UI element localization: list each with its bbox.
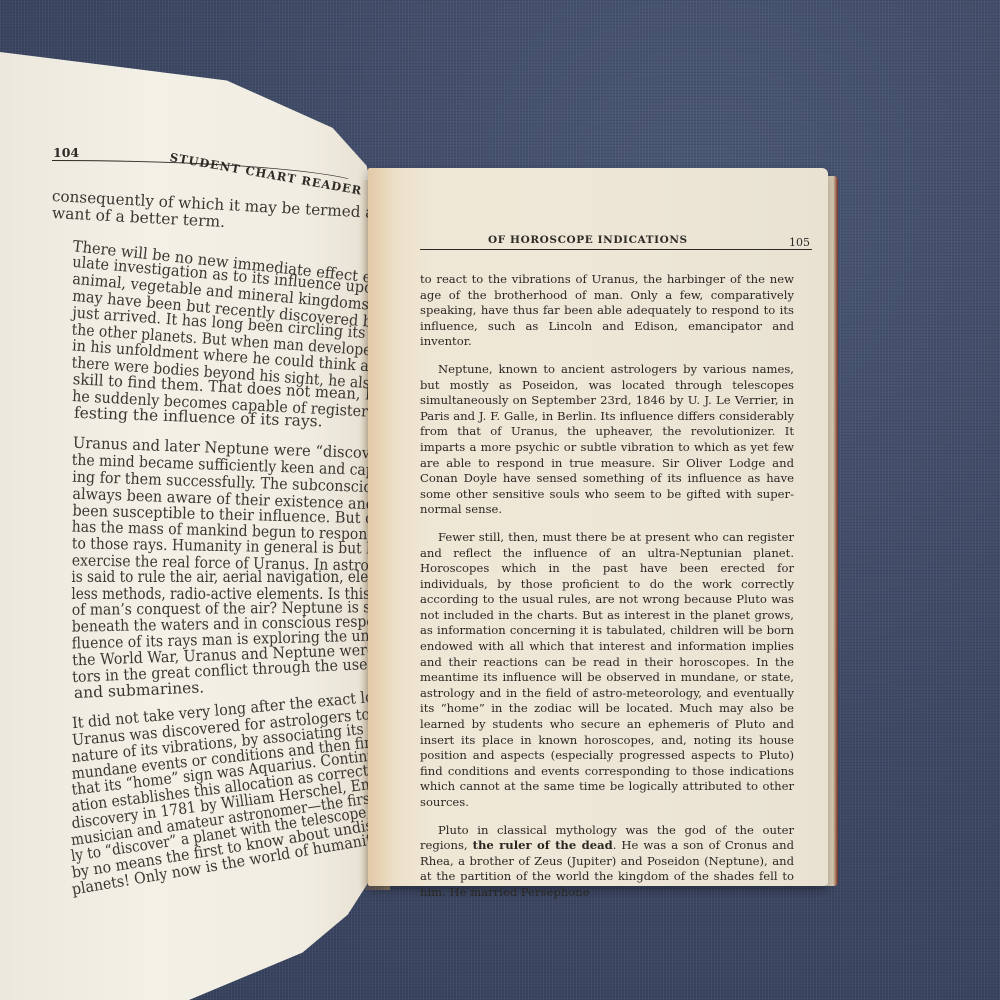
left-page-body: consequently of which it may be termed a… xyxy=(52,188,352,916)
right-page: OF HOROSCOPE INDICATIONS 105 to react to… xyxy=(368,168,828,886)
right-paragraph-1: to react to the vibrations of Uranus, th… xyxy=(420,272,794,350)
right-paragraph-3: Fewer still, then, must there be at pres… xyxy=(420,530,794,811)
left-paragraph-2: There will be no new immediate effect ex… xyxy=(52,236,352,421)
right-page-header: OF HOROSCOPE INDICATIONS 105 xyxy=(420,230,812,250)
bold-phrase: the ruler of the dead xyxy=(473,838,613,852)
right-running-title: OF HOROSCOPE INDICATIONS xyxy=(488,234,688,246)
text-line: is said to rule the air, aerial navigati… xyxy=(52,569,316,586)
right-paragraph-2: Neptune, known to ancient astrologers by… xyxy=(420,362,794,518)
left-page-number: 104 xyxy=(53,145,79,160)
right-page-number: 105 xyxy=(789,236,810,249)
left-paragraph-1: consequently of which it may be termed a… xyxy=(52,188,352,222)
left-paragraph-4: It did not take very long after the exac… xyxy=(52,717,352,902)
right-paragraph-4: Pluto in classical mythology was the god… xyxy=(420,823,794,901)
right-page-body: to react to the vibrations of Uranus, th… xyxy=(420,272,794,913)
left-paragraph-3: Uranus and later Neptune were “discovere… xyxy=(52,434,352,703)
